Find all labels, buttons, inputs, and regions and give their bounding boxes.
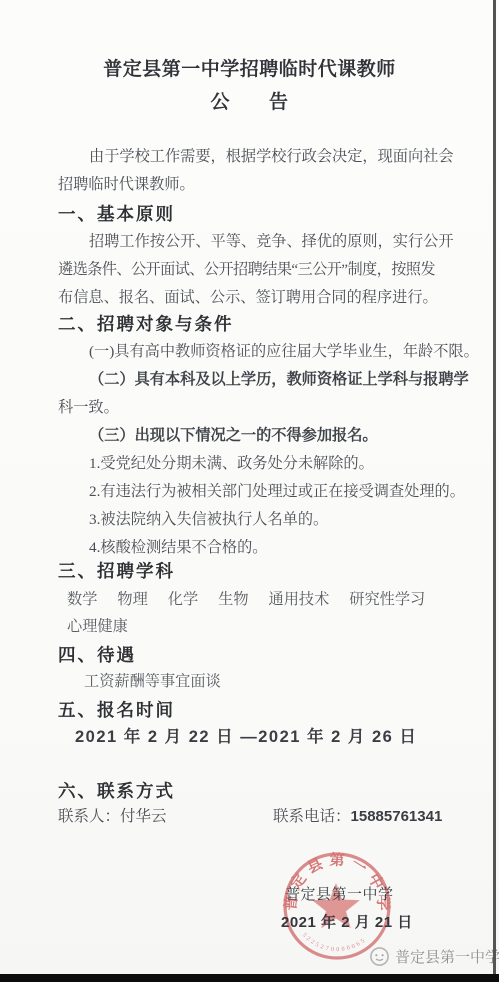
body-line: 遴选条件、公开面试、公开招聘结果“三公开”制度，按照发 — [58, 256, 440, 284]
intro-line: 招聘临时代课教师。 — [58, 171, 440, 199]
body-line: 布信息、报名、面试、公示、签订聘用合同的程序进行。 — [58, 284, 440, 312]
list-item: （二）具有本科及以上学历，教师资格证上学科与报聘学 — [58, 366, 440, 394]
subject-label: 化学 — [168, 586, 198, 614]
signature-org: 普定县第一中学 — [285, 886, 394, 904]
page-edge-line — [493, 0, 496, 974]
section-heading-principles: 一、基本原则 — [58, 200, 175, 228]
contact-row: 联系人：付华云 联系电话：15885761341 — [58, 803, 440, 831]
section-heading-treatment: 四、待遇 — [58, 641, 136, 669]
document-title: 普定县第一中学招聘临时代课教师 — [0, 54, 499, 81]
principles-paragraph: 招聘工作按公开、平等、竞争、择优的原则，实行公开 遴选条件、公开面试、公开招聘结… — [58, 228, 440, 312]
list-item: (一)具有高中教师资格证的应往届大学毕业生，年龄不限。 — [58, 338, 440, 366]
section-heading-contact: 六、联系方式 — [58, 777, 175, 805]
account-logo-icon — [369, 946, 390, 967]
contact-person-label: 联系人： — [58, 808, 120, 825]
subjects-row: 数学 物理 化学 生物 通用技术 研究性学习 — [58, 586, 449, 614]
section-heading-registration-time: 五、报名时间 — [58, 696, 175, 724]
signature-date: 2021 年 2 月 21 日 — [281, 913, 413, 932]
contact-phone-number: 15885761341 — [351, 808, 443, 825]
account-watermark: 普定县第一中学 — [369, 946, 499, 967]
contact-person-name: 付华云 — [120, 808, 167, 825]
intro-paragraph: 由于学校工作需要，根据学校行政会决定，现面向社会 招聘临时代课教师。 — [58, 143, 440, 199]
bottom-bar — [0, 974, 499, 982]
section-heading-eligibility: 二、招聘对象与条件 — [58, 310, 234, 338]
subject-label: 数学 — [67, 586, 97, 614]
subject-label: 心理健康 — [58, 613, 449, 641]
subject-label: 生物 — [218, 586, 248, 614]
account-name: 普定县第一中学 — [395, 946, 499, 967]
section-heading-subjects: 三、招聘学科 — [58, 557, 175, 585]
list-item: 2.有违法行为被相关部门处理过或正在接受调查处理的。 — [58, 478, 440, 506]
list-item: 3.被法院纳入失信被执行人名单的。 — [58, 506, 440, 534]
body-line: 招聘工作按公开、平等、竞争、择优的原则，实行公开 — [58, 228, 440, 256]
subject-label: 通用技术 — [269, 586, 330, 614]
notice-subtitle: 公 告 — [0, 87, 499, 114]
eligibility-list: (一)具有高中教师资格证的应往届大学毕业生，年龄不限。 （二）具有本科及以上学历… — [58, 338, 440, 562]
scanned-notice-page: 普定县第一中学招聘临时代课教师 公 告 由于学校工作需要，根据学校行政会决定，现… — [0, 0, 499, 982]
subject-label: 物理 — [117, 586, 147, 614]
subject-label: 研究性学习 — [349, 586, 425, 614]
list-item: 1.受党纪处分期未满、政务处分未解除的。 — [58, 450, 440, 478]
treatment-text: 工资薪酬等事宜面谈 — [58, 668, 466, 696]
contact-phone: 联系电话：15885761341 — [273, 803, 442, 831]
intro-line: 由于学校工作需要，根据学校行政会决定，现面向社会 — [58, 143, 440, 171]
list-item: 科一致。 — [58, 394, 440, 422]
contact-phone-label: 联系电话： — [273, 808, 351, 825]
date-range-text: 2021 年 2 月 22 日 —2021 年 2 月 26 日 — [58, 723, 457, 751]
list-item: （三）出现以下情况之一的不得参加报名。 — [58, 422, 440, 450]
